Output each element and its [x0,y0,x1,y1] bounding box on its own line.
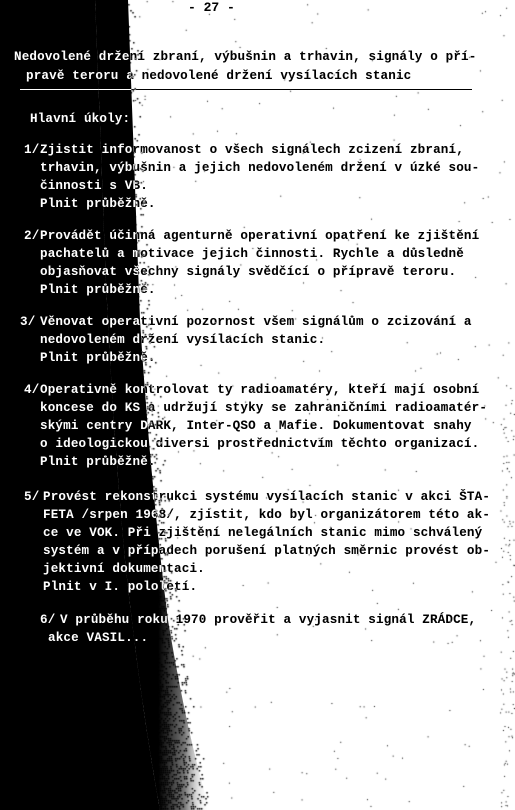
task-marker: 2/ [24,229,39,243]
task-line: Plnit průběžně. [40,351,156,365]
task-marker: 4/ [24,383,39,397]
task-line: Věnovat operativní pozornost všem signál… [40,315,472,329]
task-line: objasňovat všechny signály svědčící o př… [40,265,456,279]
task-marker: 3/ [20,315,35,329]
task-line: pachatelů a motivace jejich činnosti. Ry… [40,247,464,261]
task-line: nedovoleném držení vysílacích stanic. [40,333,325,347]
task-line: V průběhu roku 1970 prověřit a vyjasnit … [60,613,476,627]
task-marker: 1/ [24,143,39,157]
task-line: skými centry DARK, Inter-QSO a Mafie. Do… [40,419,472,433]
task-line: o ideologickou diversi prostřednictvím t… [40,437,479,451]
task-line: Plnit průběžně. [40,197,156,211]
task-line: systém a v případech porušení platných s… [43,544,490,558]
task-line: Plnit průběžně. [40,283,156,297]
task-marker: 6/ [40,613,55,627]
task-line: činnosti s VB. [40,179,148,193]
task-line: Provést rekonstrukci systému vysílacích … [43,490,490,504]
section-label: Hlavní úkoly: [30,112,130,126]
task-line: FETA /srpen 1968/, zjistit, kdo byl orga… [43,508,490,522]
task-line: akce VASIL... [48,631,148,645]
page-number: - 27 - [188,0,235,15]
task-line: Plnit v I. pololetí. [43,580,197,594]
scanned-page: - 27 - Nedovolené držení zbraní, výbušni… [0,0,515,810]
task-line: koncese do KS a udržují styky se zahrani… [40,401,487,415]
heading-underline [20,89,472,90]
document-text: - 27 - Nedovolené držení zbraní, výbušni… [0,0,515,810]
task-line: Operativně kontrolovat ty radioamatéry, … [40,383,479,397]
heading-line-1: Nedovolené držení zbraní, výbušnin a trh… [14,50,476,64]
task-marker: 5/ [24,490,39,504]
task-line: ce ve VOK. Při zjištění nelegálních stan… [43,526,482,540]
task-line: Zjistit informovanost o všech signálech … [40,143,464,157]
heading-line-2: pravě teroru a nedovolené držení vysílac… [26,69,411,83]
task-line: jektivní dokumentaci. [43,562,205,576]
task-line: trhavin, výbušnin a jejich nedovoleném d… [40,161,479,175]
task-line: Provádět účinná agenturně operativní opa… [40,229,479,243]
task-line: Plnit průběžně. [40,455,156,469]
